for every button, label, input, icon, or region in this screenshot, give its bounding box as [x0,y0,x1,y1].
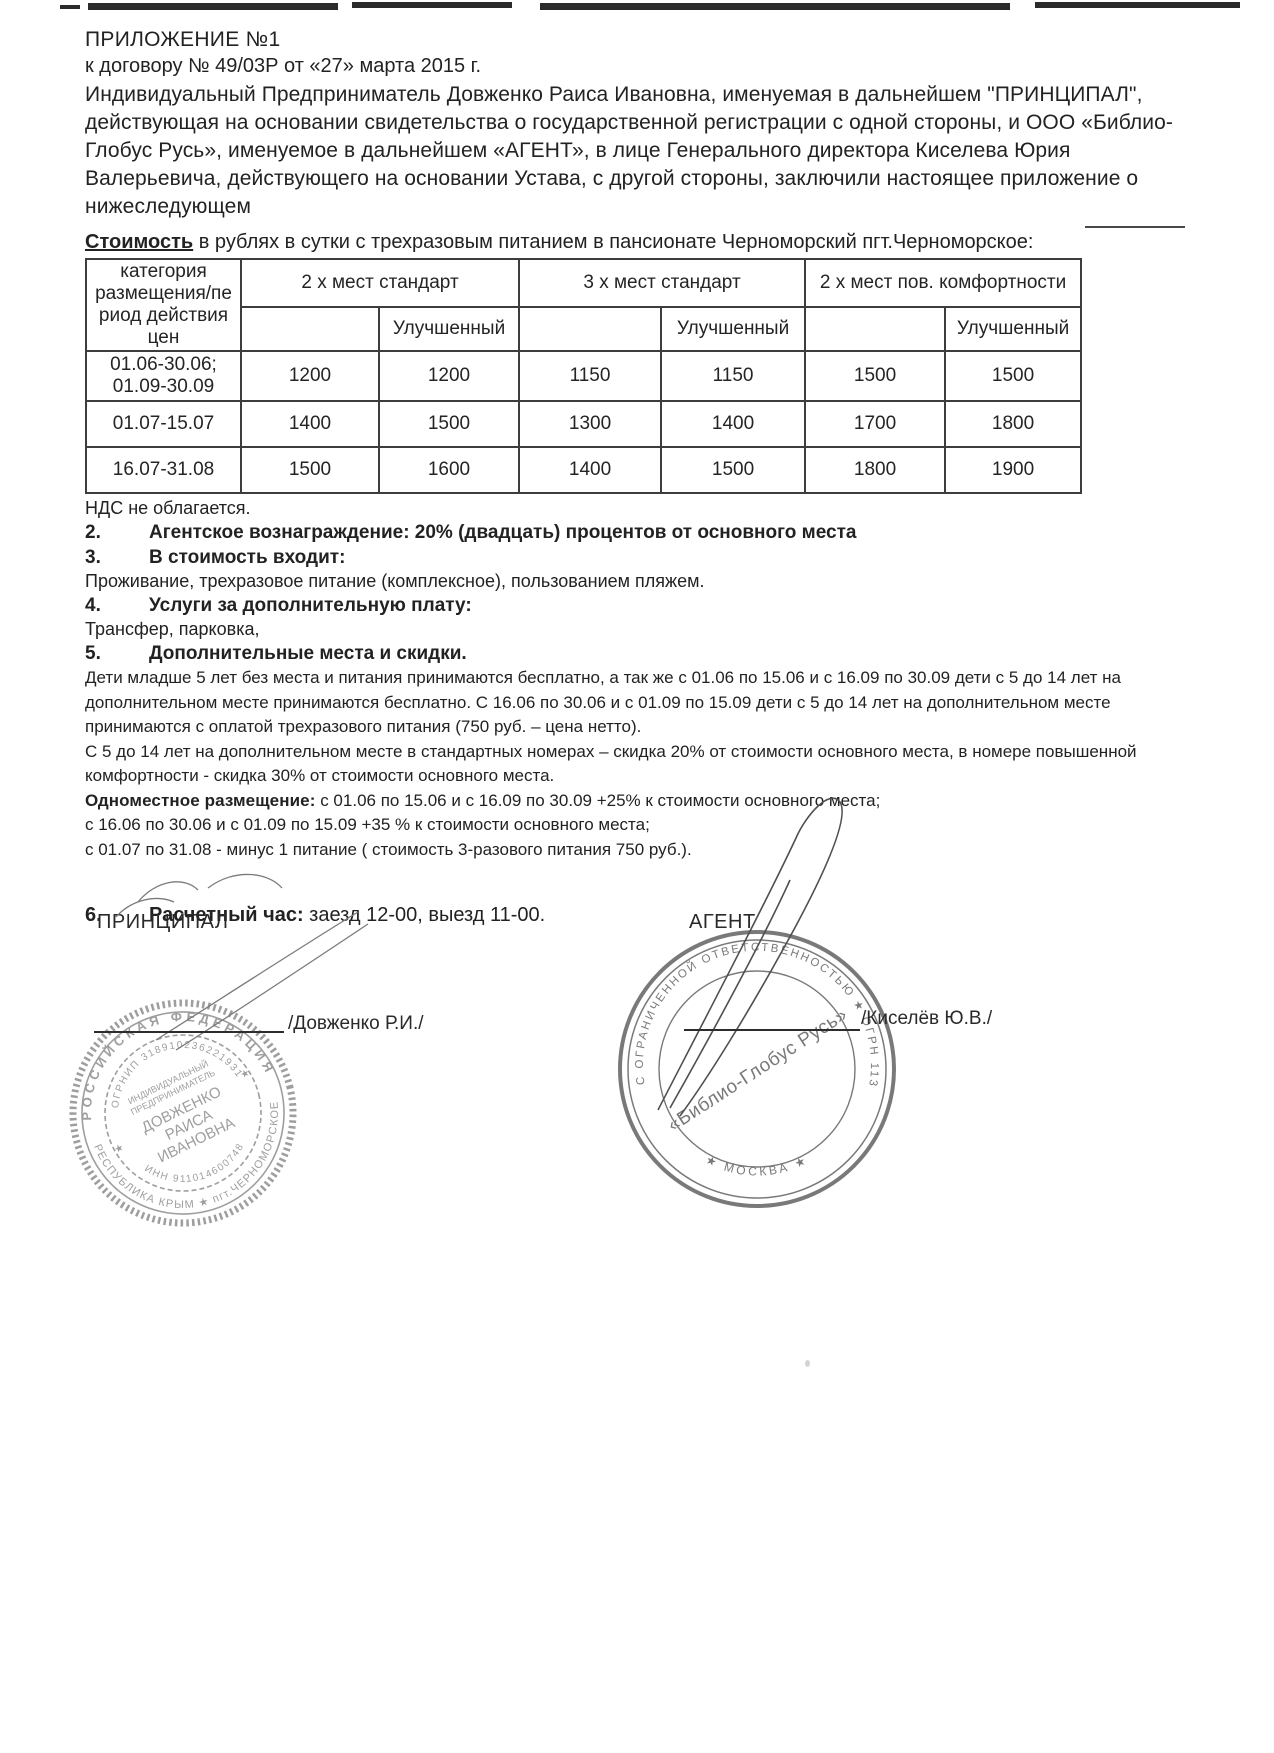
price-cell: 1200 [241,351,379,401]
section-5: 5. Дополнительные места и скидки. [85,641,1193,666]
improved-header-cell: Улучшенный [379,307,519,351]
star-icon: ★ [113,1142,126,1156]
pricing-lead: Стоимость в рублях в сутки с трехразовым… [85,230,1193,255]
scan-artifact-segment [1035,2,1240,8]
section-number: 5. [85,641,149,666]
group-header-cell: 2 х мест пов. комфортности [805,259,1081,307]
pricing-lead-rest: в рублях в сутки с трехразовым питанием … [193,231,1033,253]
agent-signature-line [684,1029,860,1031]
single-occupancy-term: Одноместное размещение: [85,791,315,810]
price-cell: 1500 [379,401,519,447]
price-cell: 1200 [379,351,519,401]
section-2: 2. Агентское вознаграждение: 20% (двадца… [85,520,1193,545]
price-cell: 1700 [805,401,945,447]
agent-signature-strokes [618,758,888,1158]
table-row: 01.07-15.07 1400 1500 1300 1400 1700 180… [86,401,1081,447]
section-3-body: Проживание, трехразовое питание (комплек… [85,570,1193,593]
section-title: Дополнительные места и скидки. [149,641,467,666]
price-cell: 1900 [945,447,1081,493]
vat-note: НДС не облагается. [85,497,1193,520]
section-4: 4. Услуги за дополнительную плату: [85,593,1193,618]
signature-stroke [670,880,790,1108]
section-title: Агентское вознаграждение: 20% (двадцать)… [149,520,857,545]
intro-paragraph: Индивидуальный Предприниматель Довженко … [85,81,1193,221]
contract-reference: к договору № 49/03Р от «27» марта 2015 г… [85,53,1193,79]
signature-stroke [658,798,842,1116]
principal-name: /Довженко Р.И./ [288,1013,424,1035]
price-cell: 1500 [661,447,805,493]
price-cell: 1150 [661,351,805,401]
children-discount-paragraph: Дети младше 5 лет без места и питания пр… [85,666,1193,740]
scan-artifact-speck [805,1360,810,1367]
section-number: 2. [85,520,149,545]
principal-signature-strokes [96,862,416,1072]
price-cell: 1800 [805,447,945,493]
category-header-cell: категория размещения/пе риод действия це… [86,259,241,351]
scan-artifact-segment [540,3,1010,10]
price-cell: 1150 [519,351,661,401]
section-3: 3. В стоимость входит: [85,545,1193,570]
group-header-cell: 2 х мест стандарт [241,259,519,307]
price-cell: 1400 [241,401,379,447]
group-header-cell: 3 х мест стандарт [519,259,805,307]
price-cell: 1800 [945,401,1081,447]
price-table: категория размещения/пе риод действия це… [85,258,1082,494]
section-title: Услуги за дополнительную плату: [149,593,472,618]
section-number: 3. [85,545,149,570]
signature-stroke [116,898,174,917]
section-number: 4. [85,593,149,618]
principal-signature-line [94,1031,284,1033]
price-cell: 1400 [661,401,805,447]
price-cell: 1500 [805,351,945,401]
improved-header-cell: Улучшенный [661,307,805,351]
scanned-document-page: ПРИЛОЖЕНИЕ №1 к договору № 49/03Р от «27… [0,0,1274,1753]
pricing-lead-term: Стоимость [85,231,193,253]
period-cell: 01.07-15.07 [86,401,241,447]
price-cell: 1500 [241,447,379,493]
price-cell: 1500 [945,351,1081,401]
empty-cell [519,307,661,351]
section-title: В стоимость входит: [149,545,345,570]
price-cell: 1400 [519,447,661,493]
agent-name: /Киселёв Ю.В./ [861,1008,992,1030]
signature-stroke [208,874,282,888]
price-cell: 1600 [379,447,519,493]
price-cell: 1300 [519,401,661,447]
scan-artifact-segment [88,3,338,10]
empty-cell [241,307,379,351]
section-4-body: Трансфер, парковка, [85,618,1193,641]
table-row: 16.07-31.08 1500 1600 1400 1500 1800 190… [86,447,1081,493]
scan-artifact-segment [352,2,512,8]
period-cell: 16.07-31.08 [86,447,241,493]
table-row: 01.06-30.06; 01.09-30.09 1200 1200 1150 … [86,351,1081,401]
empty-cell [805,307,945,351]
period-cell: 01.06-30.06; 01.09-30.09 [86,351,241,401]
scan-artifact-segment [60,5,80,9]
improved-header-cell: Улучшенный [945,307,1081,351]
page-title: ПРИЛОЖЕНИЕ №1 [85,26,1193,53]
